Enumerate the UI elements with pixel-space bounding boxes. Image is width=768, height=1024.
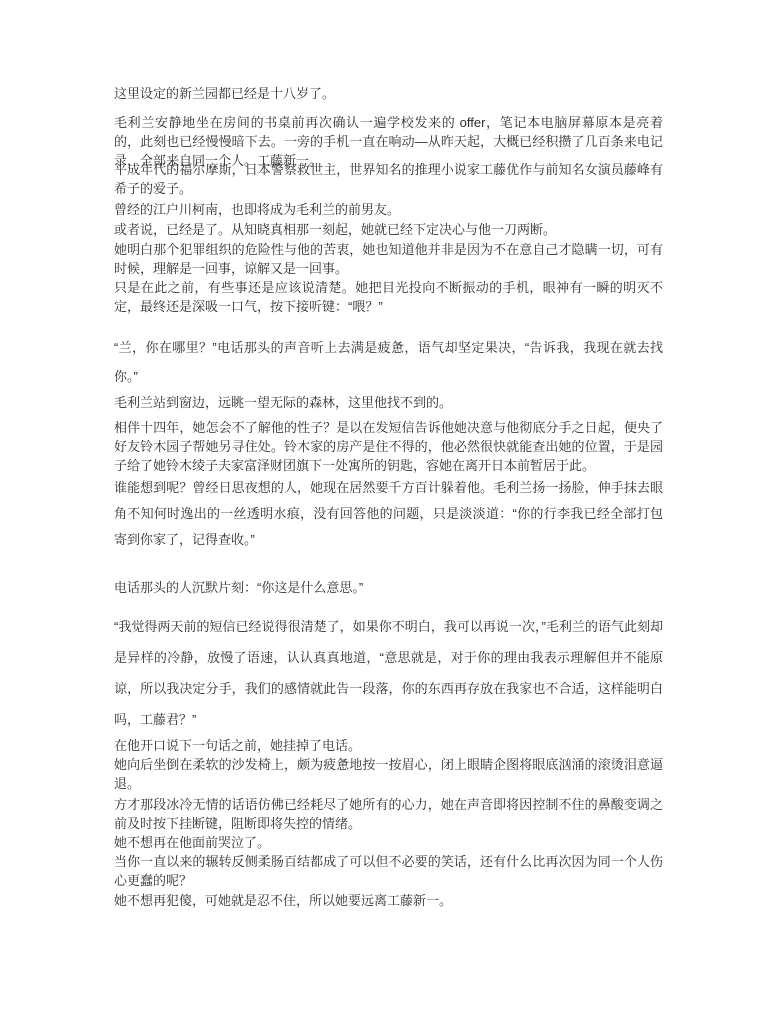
paragraph-10: 相伴十四年，她怎会不了解他的性子？是以在发短信告诉他她决意与他彻底分手之日起，便… — [114, 418, 663, 475]
paragraph-12: 电话那头的人沉默片刻：“你这是什么意思。” — [114, 573, 663, 602]
paragraph-6: 她明白那个犯罪组织的危险性与他的苦衷，她也知道他并非是因为不在意自己才隐瞒一切，… — [114, 240, 663, 278]
paragraph-13: “我觉得两天前的短信已经说得很清楚了，如果你不明白，我可以再说一次，”毛利兰的语… — [114, 611, 663, 735]
paragraph-4: 曾经的江户川柯南，也即将成为毛利兰的前男友。 — [114, 200, 663, 219]
paragraph-7: 只是在此之前，有些事还是应该说清楚。她把目光投向不断振动的手机，眼神有一瞬的明灭… — [114, 278, 663, 316]
paragraph-16: 方才那段冰冷无情的话语仿佛已经耗尽了她所有的心力，她在声音即将因控制不住的鼻酸变… — [114, 795, 663, 833]
paragraph-11: 谁能想到呢？曾经日思夜想的人，她现在居然要千方百计躲着他。毛利兰扬一扬脸，伸手抹… — [114, 475, 663, 553]
paragraph-5: 或者说，已经是了。从知晓真相那一刻起，她就已经下定决心与他一刀两断。 — [114, 220, 663, 239]
paragraph-9: 毛利兰站到窗边，远眺一望无际的森林，这里他找不到的。 — [114, 393, 663, 412]
document-page: 这里设定的新兰园都已经是十八岁了。 毛利兰安静地坐在房间的书桌前再次确认一遍学校… — [0, 0, 768, 1024]
paragraph-14: 在他开口说下一句话之前，她挂掉了电话。 — [114, 736, 663, 755]
document-text: 这里设定的新兰园都已经是十八岁了。 毛利兰安静地坐在房间的书桌前再次确认一遍学校… — [114, 84, 663, 910]
paragraph-18: 当你一直以来的辗转反侧柔肠百结都成了可以但不必要的笑话，还有什么比再次因为同一个… — [114, 852, 663, 890]
paragraph-15: 她向后坐倒在柔软的沙发椅上，颇为疲惫地按一按眉心，闭上眼睛企图将眼底汹涌的滚烫泪… — [114, 755, 663, 793]
paragraph-1: 这里设定的新兰园都已经是十八岁了。 — [114, 84, 663, 103]
paragraph-8: “兰，你在哪里？”电话那头的声音听上去满是疲惫，语气却坚定果决，“告诉我，我现在… — [114, 333, 663, 391]
paragraph-3: 平成年代的福尔摩斯，日本警察救世主，世界知名的推理小说家工藤优作与前知名女演员藤… — [114, 160, 663, 198]
paragraph-17: 她不想再在他面前哭泣了。 — [114, 833, 663, 852]
paragraph-19: 她不想再犯傻，可她就是忍不住，所以她要远离工藤新一。 — [114, 891, 663, 910]
